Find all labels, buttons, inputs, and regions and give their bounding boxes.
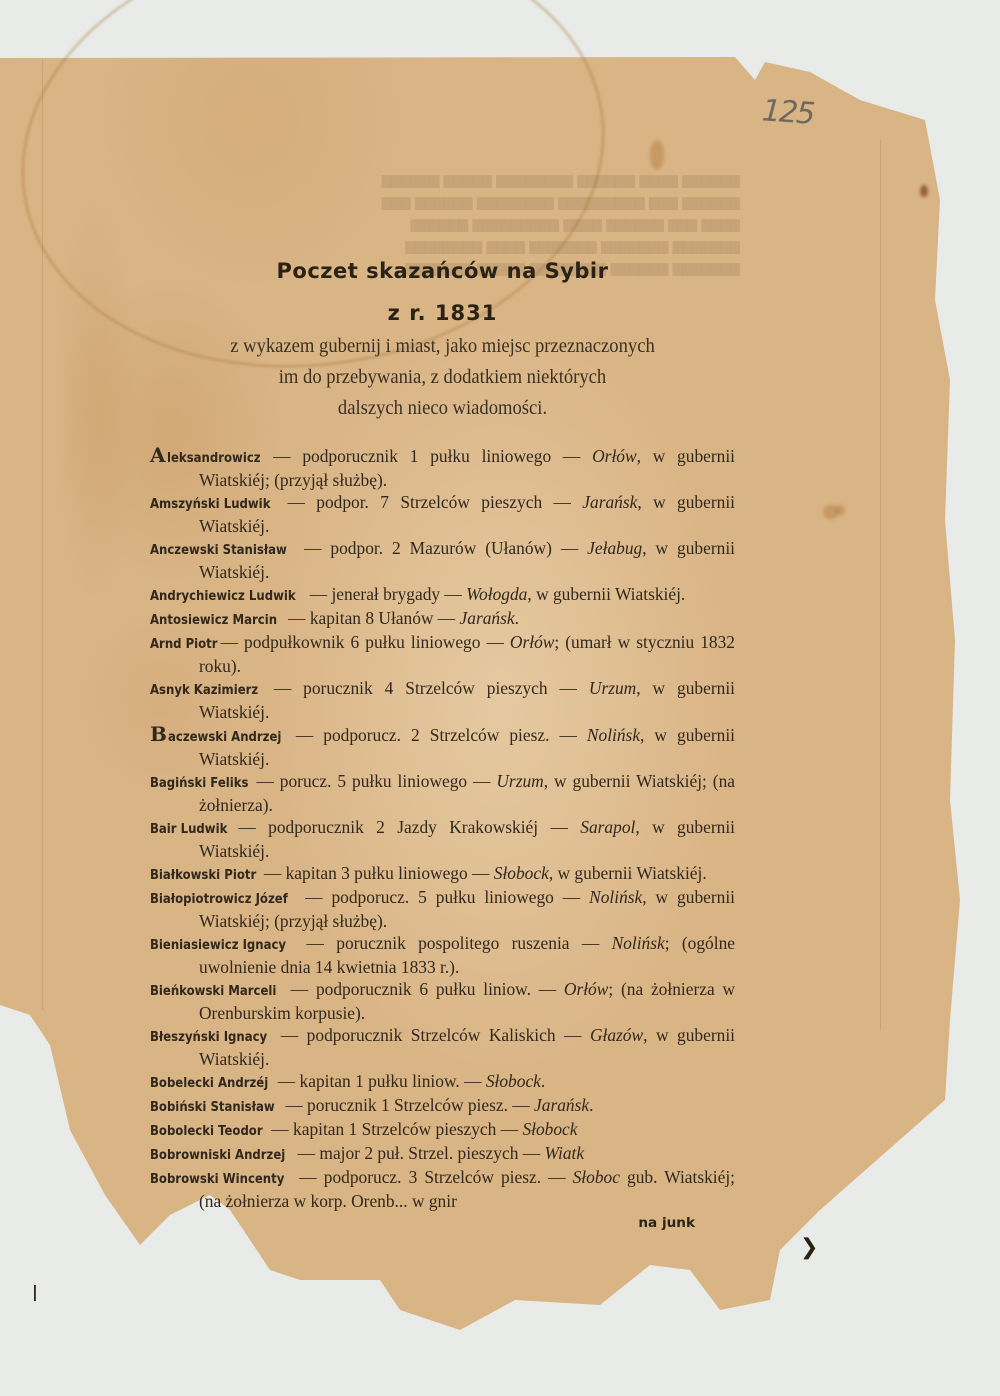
list-entry: Amszyński Ludwik — podpor. 7 Strzelców p…: [150, 491, 735, 537]
entry-note: .: [589, 1095, 593, 1115]
stain-spot: [920, 185, 928, 197]
convict-list: Aleksandrowicz — podporucznik 1 pułku li…: [150, 444, 735, 1234]
entry-name: Białopiotrowicz Józef: [150, 888, 288, 910]
stain-spot: [835, 505, 845, 515]
entry-name: Bobolecki Teodor: [150, 1120, 263, 1142]
entry-rank: — podporucz. 3 Strzelców piesz. —: [292, 1167, 572, 1187]
handwritten-page-number: 125: [761, 93, 815, 131]
entry-place: Wołogda: [466, 584, 527, 604]
entry-place: Urzum: [589, 678, 636, 698]
fold-line-right: [880, 140, 881, 1030]
entry-place: Orłów: [564, 979, 608, 999]
entry-note: , w gubernii Wiatskiéj.: [549, 863, 707, 883]
entry-name: Antosiewicz Marcin: [150, 609, 277, 631]
entry-rank: — porucznik 4 Strzelców pieszych —: [262, 678, 589, 698]
list-entry: Białkowski Piotr — kapitan 3 pułku linio…: [150, 862, 735, 886]
entry-place: Głazów: [590, 1025, 643, 1045]
entry-place: Słobock: [494, 863, 549, 883]
entry-place: Słobock: [522, 1119, 577, 1139]
entry-initial-letter: B: [150, 722, 168, 746]
entry-name: Bobrowski Wincenty: [150, 1168, 284, 1190]
list-entry: Baczewski Andrzej — podporucz. 2 Strzelc…: [150, 723, 735, 770]
stray-ink-mark: ❯: [800, 1235, 818, 1260]
list-entry: Andrychiewicz Ludwik — jenerał brygady —…: [150, 583, 735, 607]
entry-name: Bobrowniski Andrzej: [150, 1144, 285, 1166]
entry-name: leksandrowicz: [167, 447, 261, 469]
entry-place: Urzum: [496, 771, 543, 791]
entry-name: Białkowski Piotr: [150, 864, 256, 886]
list-entry: Bieńkowski Marceli — podporucznik 6 pułk…: [150, 978, 735, 1024]
list-entry: Bobrowski Wincenty — podporucz. 3 Strzel…: [150, 1166, 735, 1212]
entry-note: .: [541, 1071, 545, 1091]
list-entry: Aleksandrowicz — podporucznik 1 pułku li…: [150, 444, 735, 491]
subtitle-line: im do przebywania, z dodatkiem niektóryc…: [170, 362, 714, 393]
list-entry: Arnd Piotr — podpułkownik 6 pułku liniow…: [150, 631, 735, 677]
entry-name: Arnd Piotr: [150, 633, 218, 655]
entry-place: Nolińsk: [612, 933, 665, 953]
subtitle-line: dalszych nieco wiadomości.: [170, 393, 714, 424]
entry-rank: — podpor. 7 Strzelców pieszych —: [276, 492, 582, 512]
entry-name: Bagiński Feliks: [150, 772, 248, 794]
entry-name: Błeszyński Ignacy: [150, 1026, 267, 1048]
list-entry: Antosiewicz Marcin — kapitan 8 Ułanów — …: [150, 607, 735, 631]
entry-rank: — major 2 puł. Strzel. pieszych —: [293, 1143, 544, 1163]
stain-spot: [650, 140, 664, 170]
entry-rank: — porucznik pospolitego ruszenia —: [294, 933, 611, 953]
entry-rank: — kapitan 1 Strzelców pieszych —: [267, 1119, 522, 1139]
entry-name: aczewski Andrzej: [168, 726, 281, 748]
document-year: z r. 1831: [150, 297, 735, 329]
entry-name: Bobiński Stanisław: [150, 1096, 275, 1118]
list-entry: Bieniasiewicz Ignacy — porucznik pospoli…: [150, 932, 735, 978]
document-subtitle: z wykazem gubernij i miast, jako miejsc …: [170, 331, 714, 424]
entry-name: Bobelecki Andrzéj: [150, 1072, 268, 1094]
list-entry: Białopiotrowicz Józef — podporucz. 5 puł…: [150, 886, 735, 932]
entry-name: Amszyński Ludwik: [150, 493, 270, 515]
subtitle-line: z wykazem gubernij i miast, jako miejsc …: [170, 331, 714, 362]
document-body: Poczet skazańców na Sybir z r. 1831 z wy…: [150, 255, 735, 1234]
entry-place: Słoboc: [573, 1167, 620, 1187]
entry-name: Bair Ludwik: [150, 818, 227, 840]
entry-place: Wiatk: [544, 1143, 584, 1163]
entry-rank: — kapitan 8 Ułanów —: [284, 608, 460, 628]
entry-place: Słobock: [486, 1071, 541, 1091]
entry-place: Nolińsk: [589, 887, 642, 907]
entry-rank: — porucznik 1 Strzelców piesz. —: [281, 1095, 534, 1115]
document-title: Poczet skazańców na Sybir: [150, 255, 735, 287]
entry-rank: — porucz. 5 pułku liniowego —: [251, 771, 497, 791]
torn-text-fragment: na junk: [150, 1212, 735, 1234]
entry-rank: — podpułkownik 6 pułku liniowego —: [215, 632, 510, 652]
entry-note: .: [515, 608, 519, 628]
list-entry: Anczewski Stanisław — podpor. 2 Mazurów …: [150, 537, 735, 583]
entry-name: Bieniasiewicz Ignacy: [150, 934, 286, 956]
entry-place: Jełabug: [587, 538, 642, 558]
entry-place: Orłów: [592, 446, 636, 466]
entry-note: , w gubernii Wiatskiéj.: [527, 584, 685, 604]
list-entry: Bair Ludwik — podporucznik 2 Jazdy Krako…: [150, 816, 735, 862]
entry-rank: — podporucznik Strzelców Kaliskich —: [272, 1025, 590, 1045]
entry-name: Andrychiewicz Ludwik: [150, 585, 296, 607]
list-entry: Bobiński Stanisław — porucznik 1 Strzelc…: [150, 1094, 735, 1118]
list-entry: Bobrowniski Andrzej — major 2 puł. Strze…: [150, 1142, 735, 1166]
entry-name: Asnyk Kazimierz: [150, 679, 258, 701]
entry-rank: — podporucznik 6 pułku liniow. —: [283, 979, 564, 999]
entry-rank: — jenerał brygady —: [305, 584, 466, 604]
list-entry: Asnyk Kazimierz — porucznik 4 Strzelców …: [150, 677, 735, 723]
entry-place: Sarapol: [580, 817, 635, 837]
stray-ink-mark: |: [32, 1282, 38, 1301]
entry-rank: — podporucznik 2 Jazdy Krakowskiéj —: [226, 817, 580, 837]
entry-rank: — kapitan 1 pułku liniow. —: [273, 1071, 485, 1091]
entry-place: Nolińsk: [587, 725, 640, 745]
list-entry: Bobelecki Andrzéj — kapitan 1 pułku lini…: [150, 1070, 735, 1094]
entry-name: Bieńkowski Marceli: [150, 980, 276, 1002]
entry-rank: — podporucznik 1 pułku liniowego —: [261, 446, 592, 466]
list-entry: Błeszyński Ignacy — podporucznik Strzelc…: [150, 1024, 735, 1070]
entry-place: Jarańsk: [460, 608, 515, 628]
entry-rank: — podpor. 2 Mazurów (Ułanów) —: [295, 538, 587, 558]
entry-name: Anczewski Stanisław: [150, 539, 287, 561]
entry-rank: — kapitan 3 pułku liniowego —: [260, 863, 494, 883]
list-entry: Bagiński Feliks — porucz. 5 pułku liniow…: [150, 770, 735, 816]
entry-rank: — podporucz. 2 Strzelców piesz. —: [286, 725, 587, 745]
entry-place: Orłów: [510, 632, 554, 652]
entry-initial-letter: A: [150, 443, 167, 467]
entry-place: Jarańsk: [534, 1095, 589, 1115]
entry-place: Jarańsk: [582, 492, 637, 512]
entry-rank: — podporucz. 5 pułku liniowego —: [296, 887, 589, 907]
list-entry: Bobolecki Teodor — kapitan 1 Strzelców p…: [150, 1118, 735, 1142]
